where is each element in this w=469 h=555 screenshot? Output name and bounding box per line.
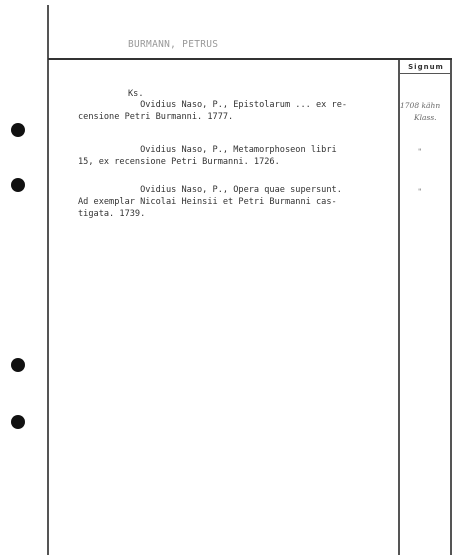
entry-line: Ovidius Naso, P., Opera quae supersunt. (78, 184, 342, 196)
left-margin-line (47, 5, 49, 555)
signum-note: 1708 kähn (400, 100, 440, 112)
signum-label: Signum (403, 63, 449, 71)
signum-note: Klass. (414, 112, 437, 124)
entry-line: Ovidius Naso, P., Epistolarum ... ex re- (78, 99, 347, 111)
signum-header-rule (399, 73, 451, 74)
entry-line: Ovidius Naso, P., Metamorphoseon libri (78, 144, 337, 156)
ditto-mark: " (418, 186, 421, 198)
entry-line: 15, ex recensione Petri Burmanni. 1726. (78, 156, 280, 168)
ditto-mark: " (418, 146, 421, 158)
punch-hole (11, 415, 25, 429)
entry-line: Ad exemplar Nicolai Heinsii et Petri Bur… (78, 196, 337, 208)
punch-hole (11, 358, 25, 372)
entry-line: tigata. 1739. (78, 208, 145, 220)
card-heading: BURMANN, PETRUS (128, 39, 218, 50)
signum-right-line (450, 60, 452, 555)
punch-hole (11, 178, 25, 192)
entry-line: censione Petri Burmanni. 1777. (78, 111, 233, 123)
punch-hole (11, 123, 25, 137)
signum-left-line (398, 60, 400, 555)
header-rule (48, 58, 452, 60)
